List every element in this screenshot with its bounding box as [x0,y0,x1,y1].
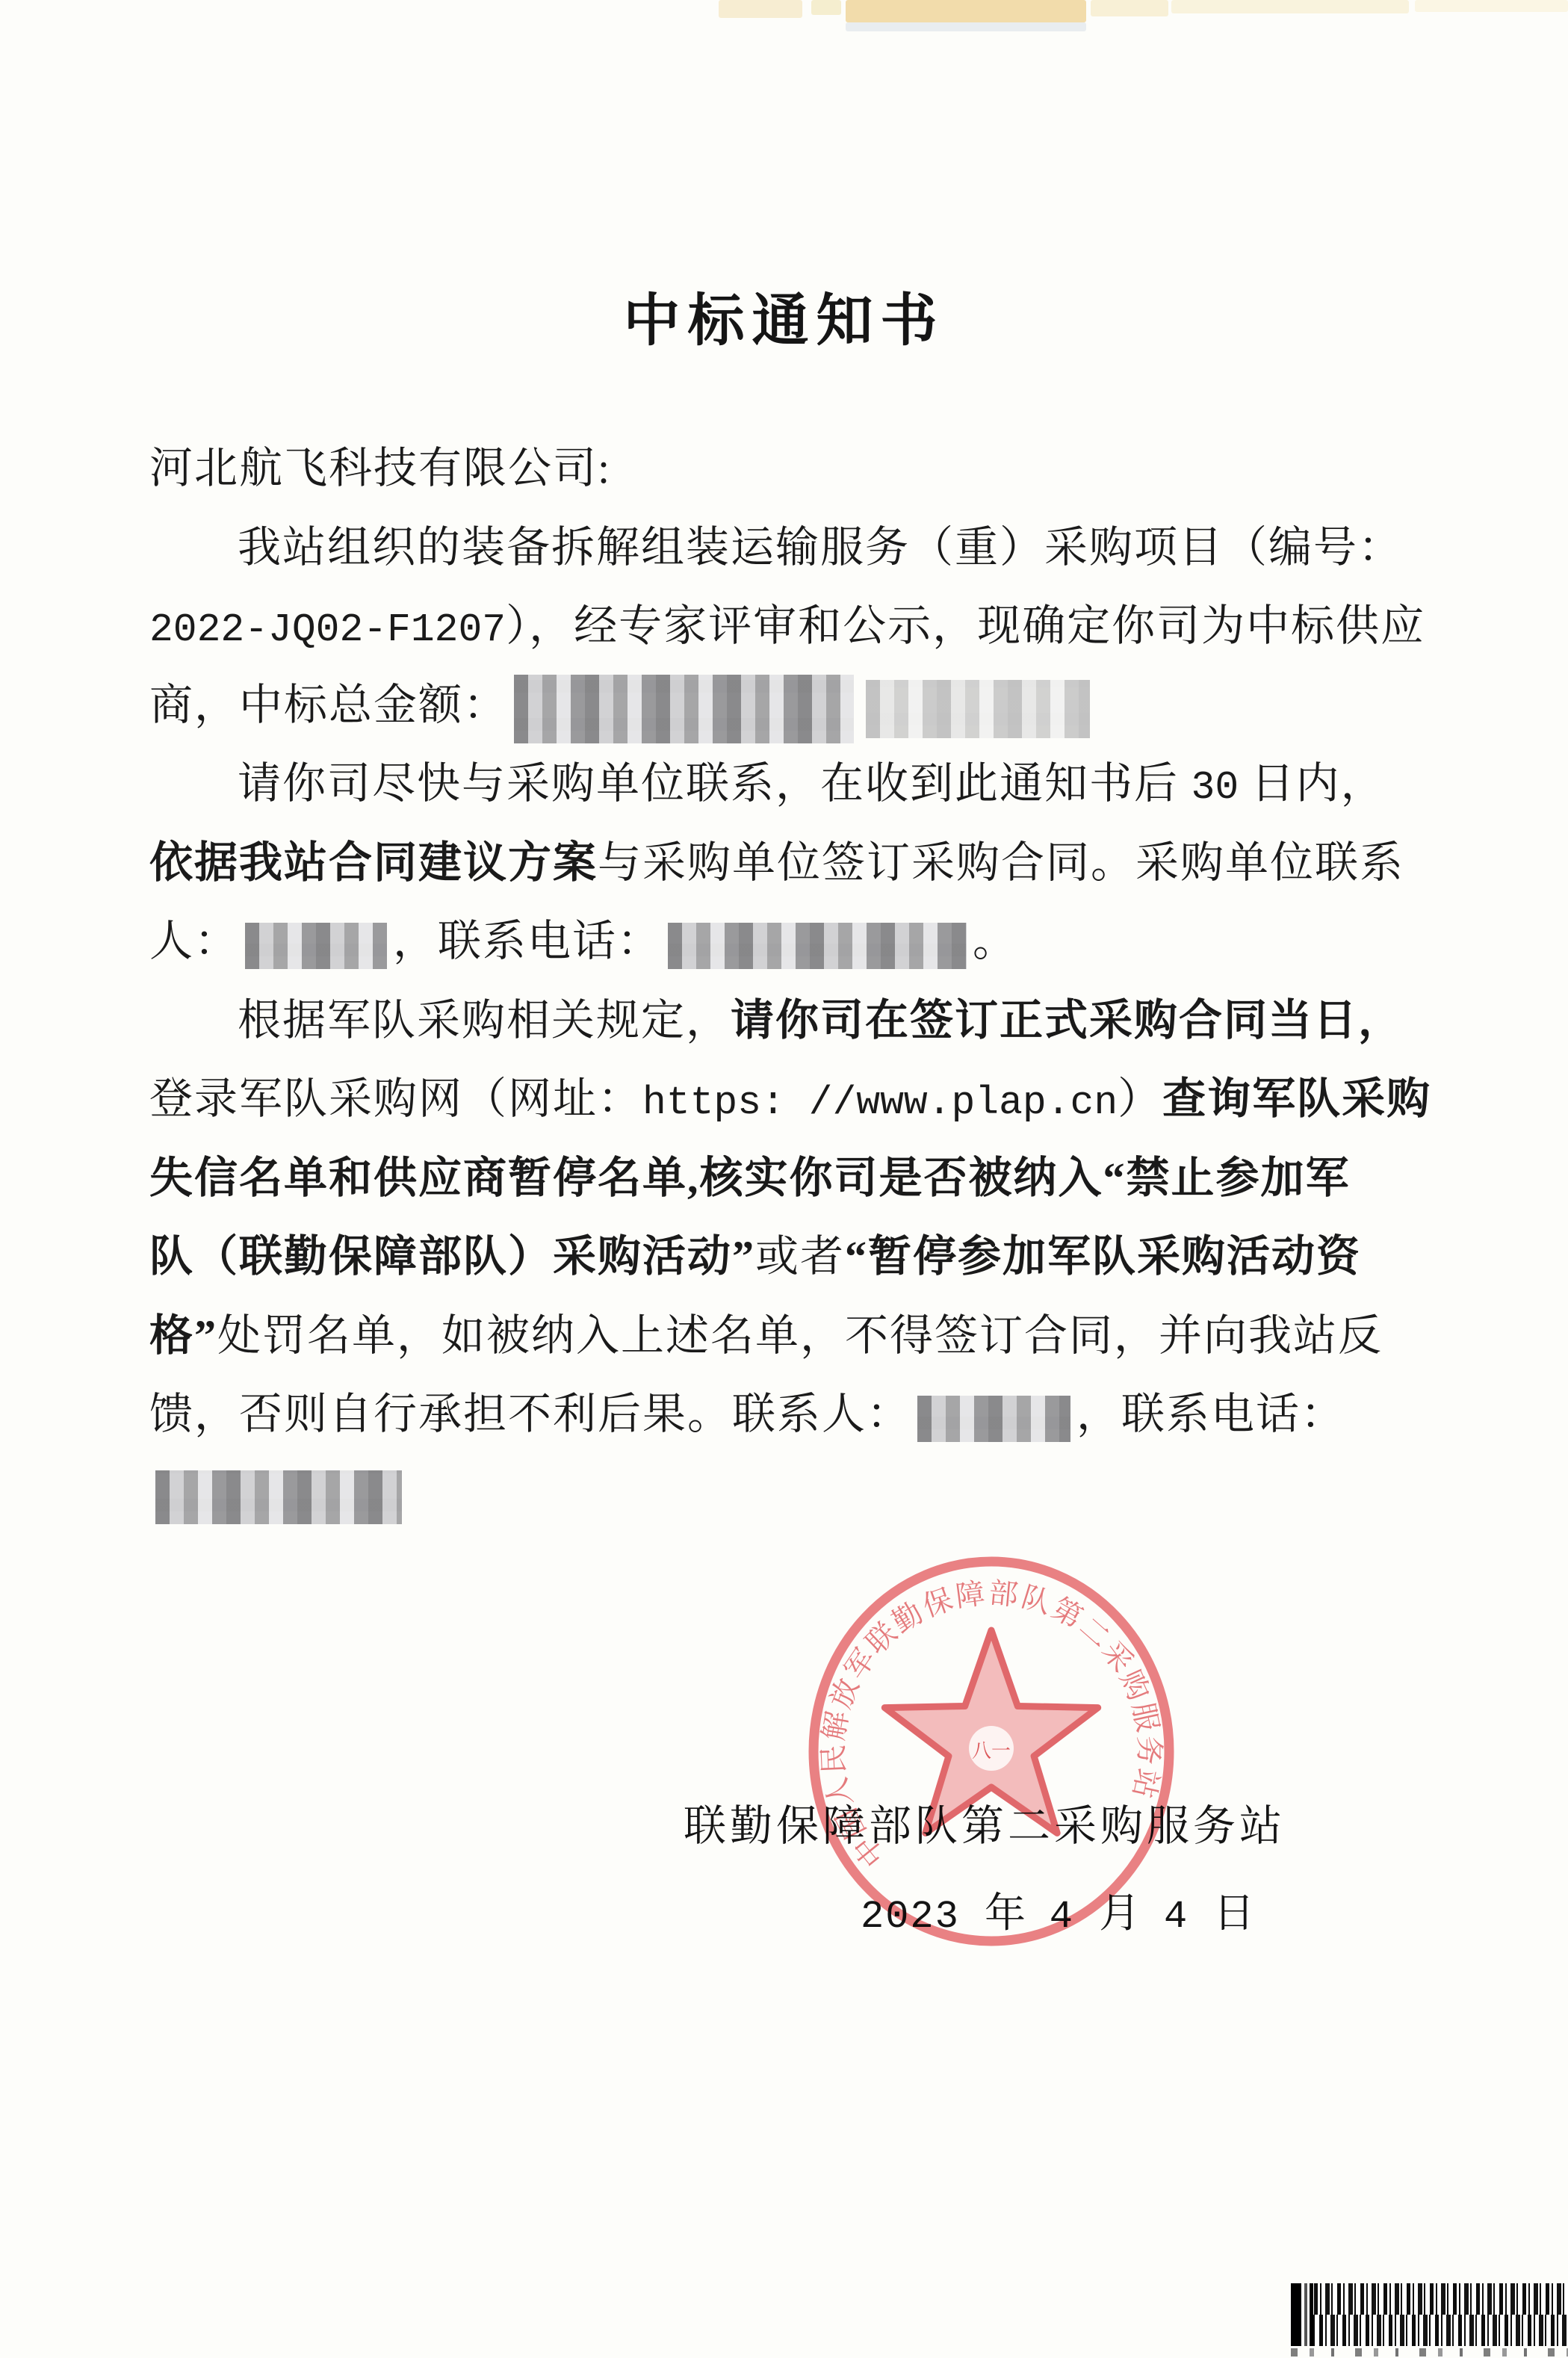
scan-edge-strip [719,0,802,18]
scan-edge-strip [1415,0,1568,12]
barcode-caption-marks [1291,2348,1568,2357]
text-segment: 商，中标总金额： [149,681,508,729]
text-segment: ），经专家评审和公示，现确定你司为中标供应 [506,601,1425,650]
doc-line: 馈，否则自行承担不利后果。联系人：，联系电话： [149,1375,1434,1454]
redaction-mosaic [245,923,387,969]
text-segment: 馈，否则自行承担不利后果。联系人： [149,1390,911,1438]
doc-line: 根据军队采购相关规定，请你司在签订正式采购合同当日， [149,981,1434,1060]
page-title: 中标通知书 [0,275,1568,356]
redaction-mosaic [155,1470,402,1524]
text-segment: 月 [1099,1890,1164,1936]
scan-edge-strip [846,22,1086,31]
text-segment: ） [1118,1074,1162,1123]
doc-line: 我站组织的装备拆解组装运输服务（重）采购项目（编号： [149,508,1434,587]
text-segment: 日内， [1239,759,1386,808]
text-segment: 日 [1213,1890,1261,1936]
redaction-mosaic [866,680,1090,738]
text-segment: 处罚名单，如被纳入上述名单，不得签订合同，并向我站反 [217,1311,1383,1360]
text-segment: 2023 [861,1895,985,1939]
doc-line: 格”处罚名单，如被纳入上述名单，不得签订合同，并向我站反 [149,1296,1434,1375]
text-segment: 河北航飞科技有限公司: [149,444,611,492]
text-segment: 或者 [755,1232,845,1281]
date-line: 2023 年 4 月 4 日 [861,1880,1261,1939]
text-segment: https: //www.plap.cn [642,1080,1118,1125]
redaction-mosaic [514,675,854,743]
barcode-row [1291,2315,1568,2346]
seal-emblem-text: 八一 [972,1740,1011,1762]
text-segment: 格” [149,1311,217,1360]
text-segment: 30 [1192,765,1239,810]
doc-line: 队（联勤保障部队）采购活动”或者“暂停参加军队采购活动资 [149,1217,1434,1296]
text-segment: 人： [149,917,239,965]
text-segment: 与采购单位签订采购合同。采购单位联系 [598,838,1404,887]
text-segment: 登录军队采购网（网址： [149,1074,642,1123]
text-segment: ，联系电话： [1076,1390,1345,1438]
text-segment: 依据我站合同建议方案 [149,838,598,887]
text-segment: 请你司尽快与采购单位联系，在收到此通知书后 [238,759,1192,808]
text-segment: 队（联勤保障部队）采购活动” [149,1232,755,1281]
barcode-row [1291,2283,1568,2315]
text-segment: 。 [973,917,1017,965]
doc-line: 请你司尽快与采购单位联系，在收到此通知书后 30 日内， [149,744,1434,823]
redaction-mosaic [917,1396,1070,1442]
doc-line: 河北航飞科技有限公司: [149,429,1434,508]
text-segment: 请你司在签订正式采购合同当日， [731,996,1403,1045]
barcode-start-pattern [1291,2283,1313,2346]
pdf417-barcode [1291,2283,1568,2346]
signature-line: 联勤保障部队第二采购服务站 [684,1792,1286,1853]
doc-line: 失信名单和供应商暂停名单,核实你司是否被纳入“禁止参加军 [149,1139,1434,1218]
doc-line: 依据我站合同建议方案与采购单位签订采购合同。采购单位联系 [149,823,1434,903]
doc-body: 河北航飞科技有限公司:我站组织的装备拆解组装运输服务（重）采购项目（编号：202… [149,429,1434,1532]
text-segment: ，联系电话： [393,917,662,965]
text-segment: 4 [1050,1895,1099,1939]
scan-edge-strip [846,0,1086,22]
text-segment: 根据军队采购相关规定， [238,996,731,1045]
text-segment: 我站组织的装备拆解组装运输服务（重）采购项目（编号： [238,523,1403,572]
text-segment: 2022-JQ02-F1207 [149,607,506,652]
scan-edge-strip [1091,0,1168,16]
doc-line: 2022-JQ02-F1207），经专家评审和公示，现确定你司为中标供应 [149,587,1434,666]
doc-line [149,1454,1434,1533]
doc-line: 登录军队采购网（网址：https: //www.plap.cn）查询军队采购 [149,1059,1434,1139]
text-segment: “暂停参加军队采购活动资 [845,1232,1361,1281]
scanned-document-page: 中标通知书 河北航飞科技有限公司:我站组织的装备拆解组装运输服务（重）采购项目（… [0,0,1568,2358]
doc-line: 人：，联系电话：。 [149,902,1434,981]
doc-line: 商，中标总金额： [149,666,1434,745]
scan-edge-strip [1171,0,1409,13]
text-segment: 失信名单和供应商暂停名单,核实你司是否被纳入“禁止参加军 [149,1154,1351,1202]
text-segment: 查询军队采购 [1162,1074,1431,1123]
scan-edge-strip [811,0,841,15]
text-segment: 4 [1164,1895,1213,1939]
redaction-mosaic [668,923,967,969]
text-segment: 年 [985,1890,1050,1936]
